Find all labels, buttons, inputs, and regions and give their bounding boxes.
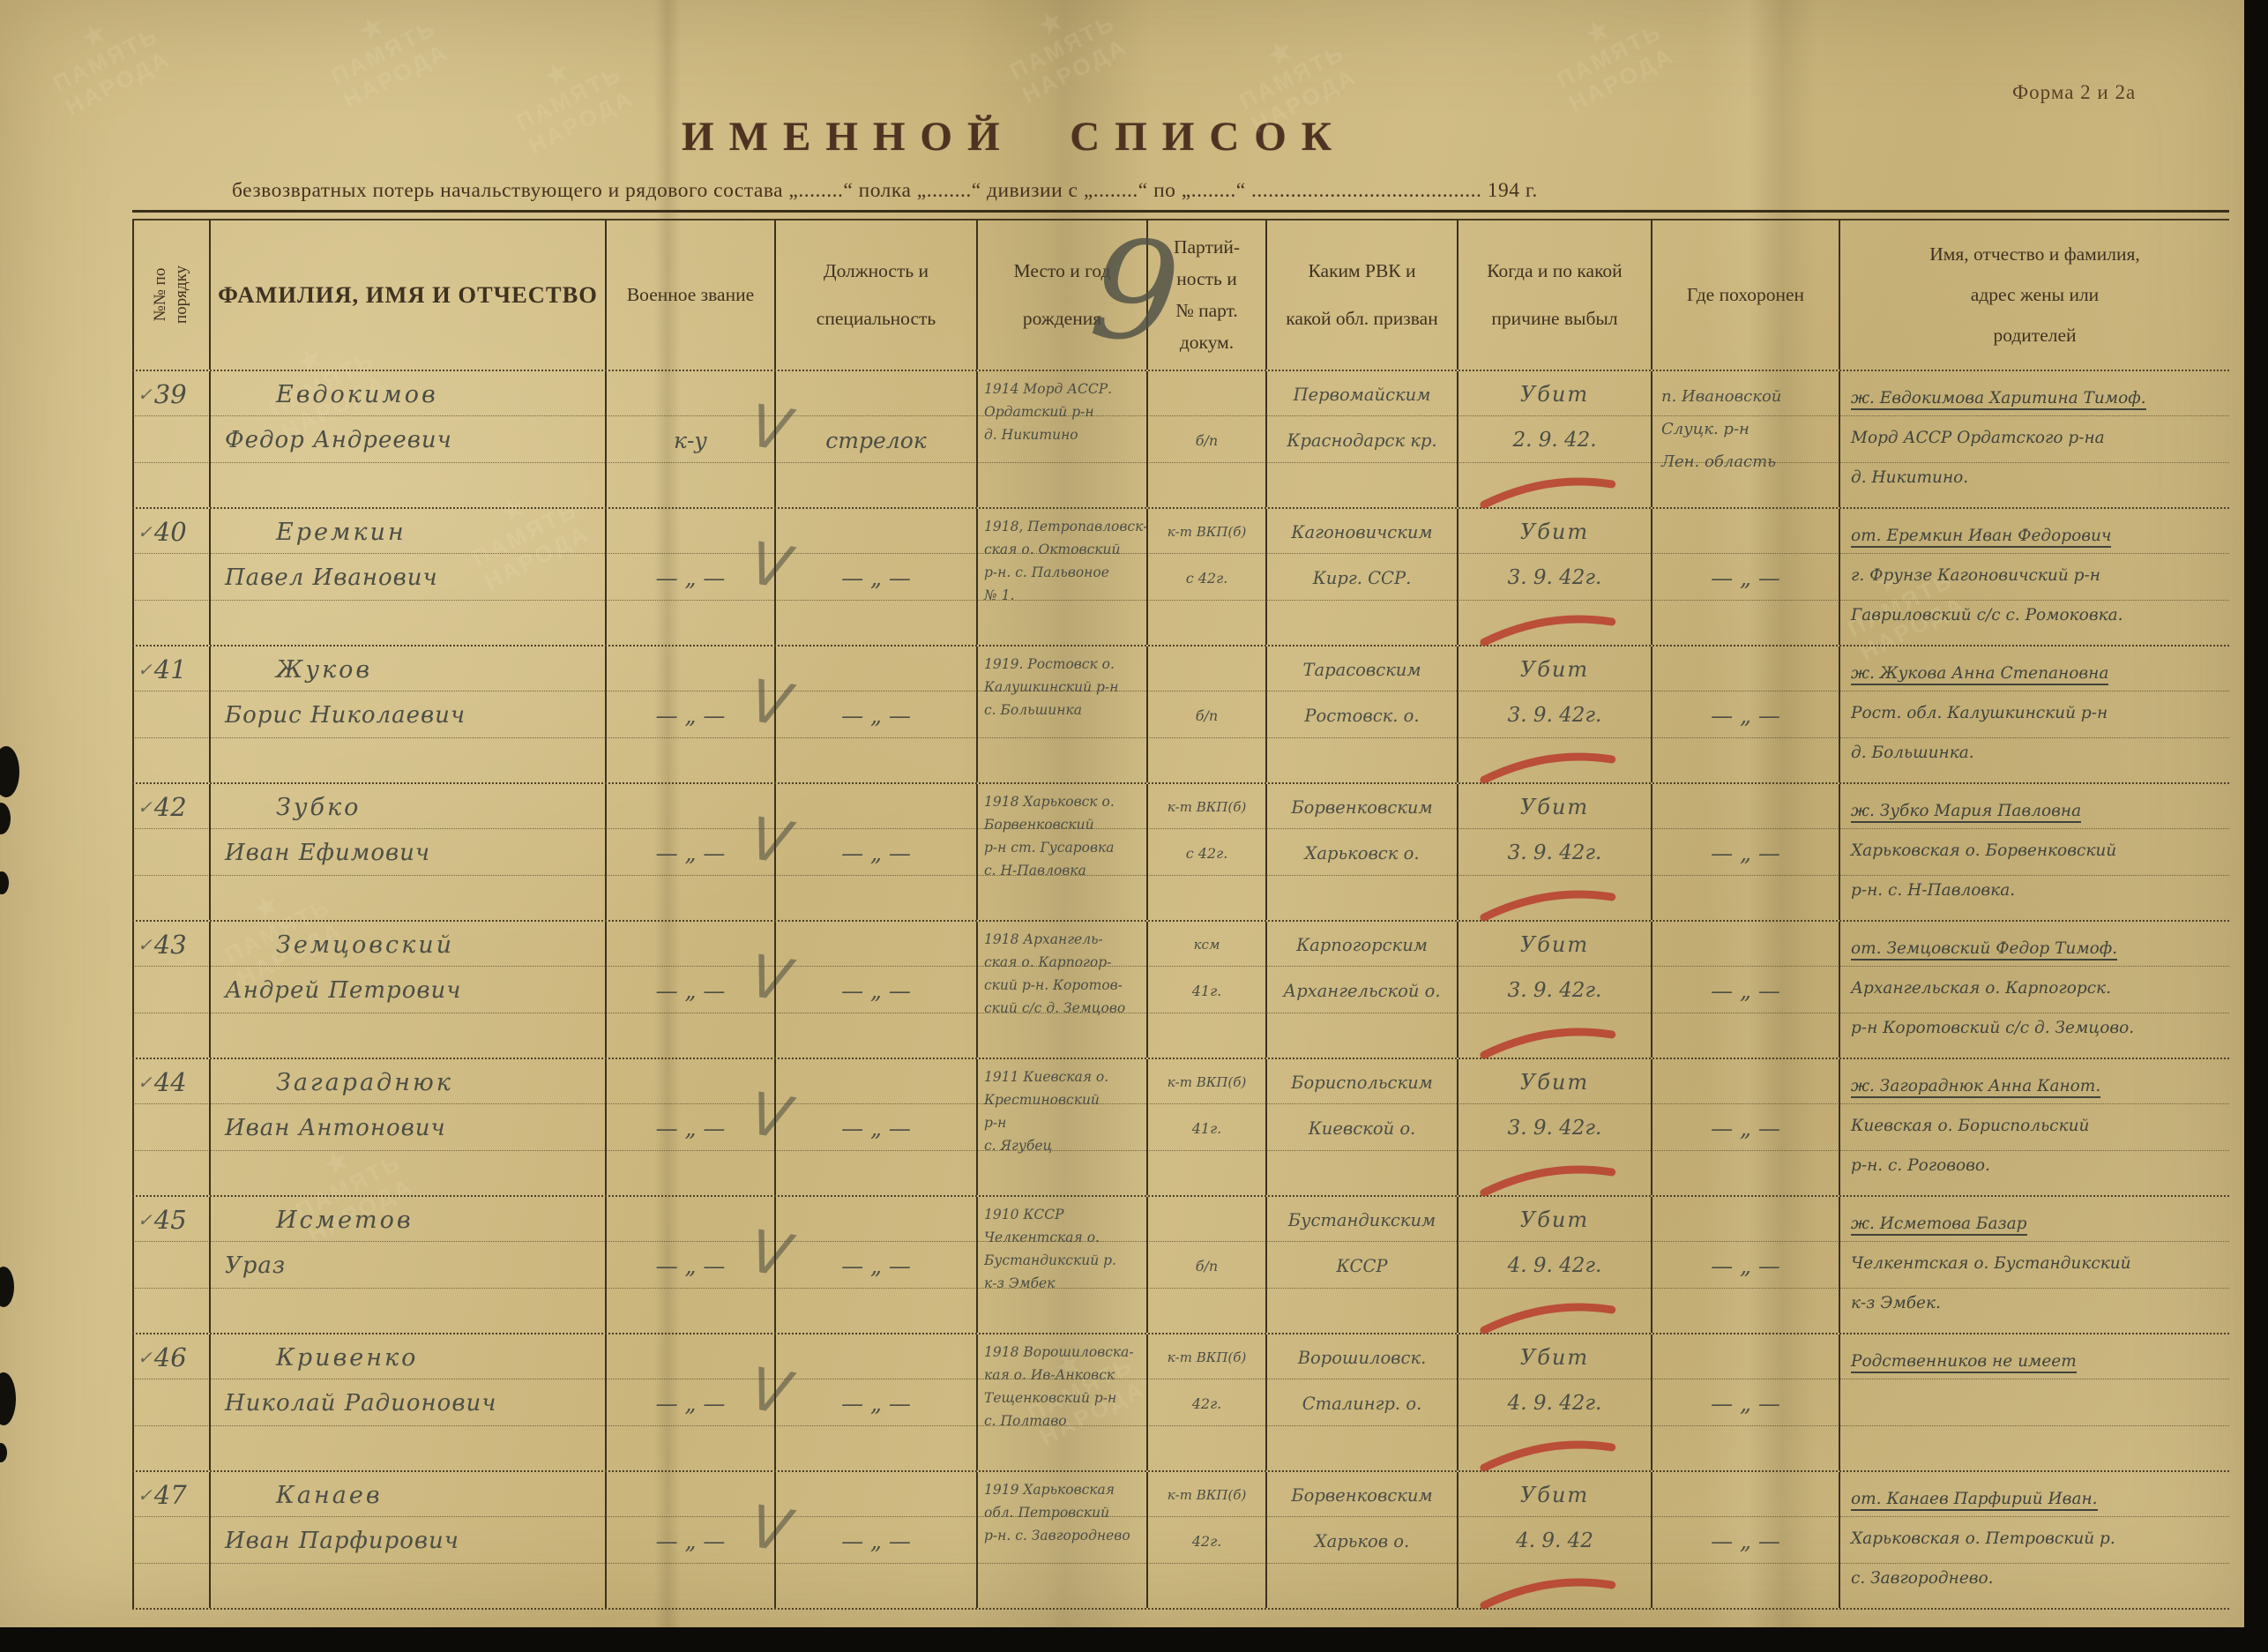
- birth-cell-line: 1918 Архангель-: [978, 928, 1146, 951]
- fate-cell: Убит4. 9. 42: [1457, 1472, 1651, 1608]
- relatives-cell: от. Еремкин Иван Федоровичг. Фрунзе Каго…: [1839, 509, 2229, 645]
- header-line: Имя, отчество и фамилия,: [1929, 234, 2140, 274]
- burial-cell-line: — „ —: [1653, 1105, 1839, 1151]
- fate-cell: Убит3. 9. 42г.: [1457, 647, 1651, 782]
- duty-cell-line: — „ —: [776, 968, 976, 1013]
- rank-cell-line: [607, 1059, 774, 1105]
- table-row: ✓45ИсметовУраз— „ —V— „ —1910 КССРЧелкен…: [132, 1197, 2229, 1334]
- birth-cell-line: р-н: [978, 1111, 1146, 1134]
- rvk-cell-line: Краснодарск кр.: [1267, 417, 1457, 463]
- relatives-line: р-н Коротовский с/с д. Земцово.: [1840, 1008, 2229, 1048]
- fate-cell: Убит4. 9. 42г.: [1457, 1334, 1651, 1470]
- row-number: 47: [154, 1480, 187, 1510]
- fate-cell-line: Убит: [1459, 647, 1651, 692]
- row-number-line: ✓41: [134, 647, 209, 692]
- row-number-cell: ✓46: [132, 1334, 209, 1470]
- table-row: ✓41ЖуковБорис Николаевич— „ —V— „ —1919.…: [132, 647, 2229, 784]
- row-check-icon: ✓: [138, 1072, 153, 1093]
- birth-cell-line: с. Большинка: [978, 699, 1146, 721]
- header-line: Каким РВК и: [1308, 247, 1415, 295]
- duty-cell: — „ —: [774, 1059, 976, 1195]
- relatives-underlined: от. Еремкин Иван Федорович: [1851, 527, 2111, 548]
- rank-cell-line: [607, 647, 774, 692]
- page-number-annotation: 9: [1085, 208, 1185, 375]
- birth-cell-line: с. Полтаво: [978, 1409, 1146, 1432]
- birth-cell-line: Ордатский р-н: [978, 400, 1146, 423]
- rvk-cell: ТарасовскимРостовск. о.: [1265, 647, 1457, 782]
- fate-cell-line: Убит: [1459, 1334, 1651, 1380]
- rvk-cell: Ворошиловск.Сталингр. о.: [1265, 1334, 1457, 1470]
- party-cell-line: 41г.: [1148, 1105, 1265, 1151]
- party-cell-line: [1148, 1197, 1265, 1243]
- burial-cell: — „ —: [1651, 922, 1839, 1058]
- fate-cell-line: Убит: [1459, 1472, 1651, 1518]
- scanner-bed-edge: [2244, 0, 2268, 1652]
- duty-cell-line: — „ —: [776, 555, 976, 601]
- row-check-icon: ✓: [138, 1484, 153, 1506]
- relatives-underlined: ж. Исметова Базар: [1851, 1215, 2027, 1236]
- watermark: ★ПАМЯТЬ НАРОДА: [37, 0, 175, 121]
- torn-edge: [0, 1443, 7, 1462]
- rank-cell-line: [607, 1197, 774, 1243]
- party-cell-line: 41г.: [1148, 968, 1265, 1013]
- relatives-line: ж. Загораднюк Анна Канот.: [1840, 1066, 2229, 1106]
- party-cell: ксм41г.: [1146, 922, 1265, 1058]
- name-cell: ЖуковБорис Николаевич: [209, 647, 605, 782]
- rank-cell-line: [607, 371, 774, 417]
- relatives-underlined: ж. Жукова Анна Степановна: [1851, 664, 2108, 685]
- burial-cell: — „ —: [1651, 1059, 1839, 1195]
- relatives-line: ж. Исметова Базар: [1840, 1204, 2229, 1244]
- surname: Евдокимов: [211, 371, 605, 417]
- relatives-underlined: Родственников не имеет: [1851, 1352, 2077, 1373]
- page-title: ИМЕННОЙ СПИСОК: [0, 113, 2028, 161]
- fate-cell: Убит3. 9. 42г.: [1457, 784, 1651, 920]
- surname: Канаев: [211, 1472, 605, 1518]
- header-cell-7: Каким РВК икакой обл. призван: [1265, 220, 1457, 370]
- watermark: ★ПАМЯТЬ НАРОДА: [994, 0, 1132, 108]
- fate-cell-line: 2. 9. 42.: [1459, 417, 1651, 463]
- party-cell-line: б/п: [1148, 692, 1265, 738]
- relatives-line: от. Канаев Парфирий Иван.: [1840, 1479, 2229, 1519]
- casualty-table: №№ по порядкуФАМИЛИЯ, ИМЯ И ОТЧЕСТВОВоен…: [132, 220, 2229, 1610]
- party-cell-line: б/п: [1148, 417, 1265, 463]
- star-icon: ★: [315, 0, 429, 66]
- duty-cell-line: [776, 509, 976, 555]
- duty-cell-line: [776, 1472, 976, 1518]
- fate-cell-line: 3. 9. 42г.: [1459, 830, 1651, 876]
- row-number-line: ✓47: [134, 1472, 209, 1518]
- rvk-cell: КарпогорскимАрхангельской о.: [1265, 922, 1457, 1058]
- rvk-cell-line: Бустандикским: [1267, 1197, 1457, 1243]
- header-cell-10: Имя, отчество и фамилия,адрес жены илиро…: [1839, 220, 2229, 370]
- table-row: ✓42ЗубкоИван Ефимович— „ —V— „ —1918 Хар…: [132, 784, 2229, 922]
- burial-cell: — „ —: [1651, 1334, 1839, 1470]
- duty-cell: — „ —: [774, 1197, 976, 1333]
- rank-cell: к-уV: [605, 371, 774, 507]
- birth-cell-line: Борвенковский: [978, 813, 1146, 836]
- birth-cell-line: Бустандикский р.: [978, 1249, 1146, 1272]
- header-line: какой обл. призван: [1286, 295, 1437, 342]
- party-cell: к-т ВКП(б)42г.: [1146, 1472, 1265, 1608]
- relatives-line: р-н. с. Роговово.: [1840, 1146, 2229, 1185]
- header-cell-8: Когда и по какойпричине выбыл: [1457, 220, 1651, 370]
- surname: Исметов: [211, 1197, 605, 1243]
- star-icon: ★: [37, 0, 152, 73]
- surname: Земцовский: [211, 922, 605, 968]
- birth-cell-line: обл. Петровский: [978, 1501, 1146, 1524]
- row-number: 40: [154, 517, 187, 547]
- rvk-cell-line: КССР: [1267, 1243, 1457, 1289]
- duty-cell: стрелок: [774, 371, 976, 507]
- row-number-cell: ✓39: [132, 371, 209, 507]
- name-cell: ЗемцовскийАндрей Петрович: [209, 922, 605, 1058]
- fate-cell-line: 3. 9. 42г.: [1459, 555, 1651, 601]
- red-underline-mark: [1477, 609, 1620, 646]
- red-underline-mark: [1477, 1022, 1620, 1058]
- party-cell-line: с 42г.: [1148, 555, 1265, 601]
- row-check-icon: ✓: [138, 384, 153, 405]
- birth-cell-line: 1918, Петропавловск-: [978, 515, 1146, 538]
- birth-cell: 1918, Петропавловск-ская о. Октовскийр-н…: [976, 509, 1146, 645]
- row-number-cell: ✓44: [132, 1059, 209, 1195]
- birth-cell-line: ский с/с д. Земцово: [978, 997, 1146, 1020]
- party-cell-line: [1148, 371, 1265, 417]
- duty-cell-line: стрелок: [776, 417, 976, 463]
- relatives-line: Гавриловский с/с с. Ромоковка.: [1840, 595, 2229, 635]
- birth-cell-line: ский р-н. Коротов-: [978, 974, 1146, 997]
- row-number-line: ✓42: [134, 784, 209, 830]
- party-cell: к-т ВКП(б)42г.: [1146, 1334, 1265, 1470]
- rvk-cell-line: Харьков о.: [1267, 1518, 1457, 1564]
- star-icon: ★: [1541, 0, 1655, 70]
- birth-cell-line: 1918 Ворошиловска-: [978, 1341, 1146, 1364]
- relatives-underlined: ж. Зубко Мария Павловна: [1851, 802, 2081, 823]
- rank-cell: — „ —V: [605, 1197, 774, 1333]
- birth-cell-line: р-н ст. Гусаровка: [978, 836, 1146, 859]
- header-cell-1: №№ по порядку: [132, 220, 209, 370]
- row-number: 39: [154, 379, 187, 409]
- relatives-cell: ж. Евдокимова Харитина Тимоф.Морд АССР О…: [1839, 371, 2229, 507]
- torn-edge: [0, 1267, 14, 1307]
- duty-cell-line: — „ —: [776, 1380, 976, 1426]
- header-cell-3: Военное звание: [605, 220, 774, 370]
- row-number-line: ✓40: [134, 509, 209, 555]
- header-line: докум.: [1180, 326, 1234, 358]
- given-name: Андрей Петрович: [211, 968, 605, 1013]
- burial-cell: п. ИвановскойСлуцк. р-нЛен. область: [1651, 371, 1839, 507]
- relatives-cell: ж. Зубко Мария ПавловнаХарьковская о. Бо…: [1839, 784, 2229, 920]
- row-number: 42: [154, 792, 187, 822]
- surname: Кривенко: [211, 1334, 605, 1380]
- relatives-line: Харьковская о. Петровский р.: [1840, 1519, 2229, 1559]
- name-cell: ЗагараднюкИван Антонович: [209, 1059, 605, 1195]
- row-number: 41: [154, 654, 187, 684]
- torn-edge: [0, 1372, 16, 1425]
- birth-cell-line: Тещенковский р-н: [978, 1387, 1146, 1409]
- duty-cell: — „ —: [774, 509, 976, 645]
- surname: Зубко: [211, 784, 605, 830]
- fate-cell-line: Убит: [1459, 1197, 1651, 1243]
- row-number-cell: ✓41: [132, 647, 209, 782]
- surname: Жуков: [211, 647, 605, 692]
- burial-cell-line: Лен. область: [1653, 445, 1839, 478]
- red-underline-mark: [1477, 1435, 1620, 1471]
- header-line: специальность: [817, 295, 936, 342]
- row-check-icon: ✓: [138, 521, 153, 542]
- birth-cell-line: 1919. Ростовск о.: [978, 653, 1146, 676]
- rank-cell-line: [607, 1334, 774, 1380]
- burial-cell: — „ —: [1651, 1197, 1839, 1333]
- birth-cell: 1918 Харьковск о.Борвенковскийр-н ст. Гу…: [976, 784, 1146, 920]
- watermark: ★ПАМЯТЬ НАРОДА: [1541, 0, 1679, 117]
- row-number-line: ✓45: [134, 1197, 209, 1243]
- name-cell: ЕремкинПавел Иванович: [209, 509, 605, 645]
- rvk-cell-line: Тарасовским: [1267, 647, 1457, 692]
- burial-cell-line: [1653, 647, 1839, 692]
- name-cell: КанаевИван Парфирович: [209, 1472, 605, 1608]
- duty-cell-line: [776, 371, 976, 417]
- rvk-cell-line: Архангельской о.: [1267, 968, 1457, 1013]
- rvk-cell-line: Сталингр. о.: [1267, 1380, 1457, 1426]
- burial-cell-line: [1653, 1059, 1839, 1105]
- party-cell-line: ксм: [1148, 922, 1265, 968]
- duty-cell: — „ —: [774, 784, 976, 920]
- party-cell: б/п: [1146, 371, 1265, 507]
- header-line: Где похоронен: [1687, 271, 1804, 318]
- birth-cell: 1918 Архангель-ская о. Карпогор-ский р-н…: [976, 922, 1146, 1058]
- birth-cell: 1919 Харьковскаяобл. Петровскийр-н. с. З…: [976, 1472, 1146, 1608]
- burial-cell-line: — „ —: [1653, 968, 1839, 1013]
- burial-cell-line: — „ —: [1653, 1518, 1839, 1564]
- surname: Загараднюк: [211, 1059, 605, 1105]
- header-line: Должность и: [824, 247, 929, 295]
- relatives-line: р-н. с. Н-Павловка.: [1840, 871, 2229, 910]
- name-cell: ЕвдокимовФедор Андреевич: [209, 371, 605, 507]
- birth-cell-line: р-н. с. Пальвоное: [978, 561, 1146, 584]
- birth-cell-line: р-н. с. Завгороднево: [978, 1524, 1146, 1547]
- duty-cell-line: — „ —: [776, 830, 976, 876]
- birth-cell-line: Крестиновский: [978, 1088, 1146, 1111]
- burial-cell-line: п. Ивановской: [1653, 380, 1839, 413]
- rank-cell-line: [607, 509, 774, 555]
- header-line: родителей: [1993, 315, 2076, 355]
- birth-cell-line: к-з Эмбек: [978, 1272, 1146, 1295]
- rank-cell: — „ —V: [605, 1472, 774, 1608]
- header-cell-1-label: №№ по порядку: [150, 265, 192, 324]
- burial-cell-line: Слуцк. р-н: [1653, 413, 1839, 445]
- relatives-line: Рост. обл. Калушкинский р-н: [1840, 693, 2229, 733]
- torn-edge: [0, 746, 19, 797]
- given-name: Ураз: [211, 1243, 605, 1289]
- party-cell: к-т ВКП(б)с 42г.: [1146, 784, 1265, 920]
- given-name: Павел Иванович: [211, 555, 605, 601]
- rvk-cell-line: Бориспольским: [1267, 1059, 1457, 1105]
- burial-cell-line: — „ —: [1653, 830, 1839, 876]
- rvk-cell-line: Кагоновичским: [1267, 509, 1457, 555]
- name-cell: КривенкоНиколай Радионович: [209, 1334, 605, 1470]
- rank-cell: — „ —V: [605, 784, 774, 920]
- given-name: Федор Андреевич: [211, 417, 605, 463]
- duty-cell-line: — „ —: [776, 1243, 976, 1289]
- rvk-cell-line: Харьковск о.: [1267, 830, 1457, 876]
- star-icon: ★: [994, 0, 1108, 61]
- birth-cell-line: 1919 Харьковская: [978, 1478, 1146, 1501]
- row-number-cell: ✓40: [132, 509, 209, 645]
- burial-cell-line: — „ —: [1653, 555, 1839, 601]
- relatives-line: д. Никитино.: [1840, 458, 2229, 497]
- party-cell-line: с 42г.: [1148, 830, 1265, 876]
- header-line: № парт.: [1175, 295, 1238, 326]
- rvk-cell-line: Ростовск. о.: [1267, 692, 1457, 738]
- watermark-text: ПАМЯТЬ НАРОДА: [1552, 18, 1678, 117]
- rank-cell-line: [607, 1472, 774, 1518]
- row-number-cell: ✓43: [132, 922, 209, 1058]
- party-cell-line: к-т ВКП(б): [1148, 1059, 1265, 1105]
- fate-cell-line: 3. 9. 42г.: [1459, 1105, 1651, 1151]
- burial-cell-line: — „ —: [1653, 1243, 1839, 1289]
- row-check-icon: ✓: [138, 796, 153, 818]
- header-line: Военное звание: [627, 271, 754, 318]
- page-subtitle: безвозвратных потерь начальствующего и р…: [232, 179, 2101, 203]
- party-cell-line: б/п: [1148, 1243, 1265, 1289]
- relatives-underlined: от. Канаев Парфирий Иван.: [1851, 1490, 2098, 1511]
- duty-cell-line: — „ —: [776, 692, 976, 738]
- table-row: ✓40ЕремкинПавел Иванович— „ —V— „ —1918,…: [132, 509, 2229, 647]
- burial-cell-line: [1653, 509, 1839, 555]
- row-number: 45: [154, 1205, 187, 1235]
- scanned-page: Форма 2 и 2а ИМЕННОЙ СПИСОК безвозвратны…: [0, 0, 2244, 1627]
- given-name: Иван Антонович: [211, 1105, 605, 1151]
- birth-cell-line: ская о. Карпогор-: [978, 951, 1146, 974]
- duty-cell: — „ —: [774, 922, 976, 1058]
- torn-edge: [0, 803, 11, 834]
- row-number: 46: [154, 1342, 187, 1372]
- burial-cell-line: [1653, 1334, 1839, 1380]
- given-name: Николай Радионович: [211, 1380, 605, 1426]
- party-cell-line: 42г.: [1148, 1518, 1265, 1564]
- relatives-line: Архангельская о. Карпогорск.: [1840, 968, 2229, 1008]
- given-name: Борис Николаевич: [211, 692, 605, 738]
- relatives-underlined: ж. Загораднюк Анна Канот.: [1851, 1077, 2100, 1098]
- relatives-line: д. Большинка.: [1840, 733, 2229, 773]
- row-check-icon: ✓: [138, 659, 153, 680]
- duty-cell: — „ —: [774, 647, 976, 782]
- rvk-cell-line: Ворошиловск.: [1267, 1334, 1457, 1380]
- duty-cell: — „ —: [774, 1472, 976, 1608]
- duty-cell-line: [776, 1059, 976, 1105]
- relatives-line: Челкентская о. Бустандикский: [1840, 1244, 2229, 1283]
- fate-cell-line: 3. 9. 42г.: [1459, 968, 1651, 1013]
- rvk-cell: БорвенковскимХарьков о.: [1265, 1472, 1457, 1608]
- rvk-cell: ПервомайскимКраснодарск кр.: [1265, 371, 1457, 507]
- birth-cell-line: с. Н-Павловка: [978, 859, 1146, 882]
- birth-cell-line: д. Никитино: [978, 423, 1146, 446]
- header-cell-9: Где похоронен: [1651, 220, 1839, 370]
- party-cell: б/п: [1146, 647, 1265, 782]
- header-cell-2: ФАМИЛИЯ, ИМЯ И ОТЧЕСТВО: [209, 220, 605, 370]
- row-number: 43: [154, 930, 187, 960]
- relatives-line: Киевская о. Бориспольский: [1840, 1106, 2229, 1146]
- watermark: ★ПАМЯТЬ НАРОДА: [315, 0, 453, 114]
- relatives-cell: от. Канаев Парфирий Иван.Харьковская о. …: [1839, 1472, 2229, 1608]
- rank-cell: — „ —V: [605, 1334, 774, 1470]
- birth-cell-line: 1914 Морд АССР.: [978, 377, 1146, 400]
- burial-cell-line: — „ —: [1653, 1380, 1839, 1426]
- given-name: Иван Ефимович: [211, 830, 605, 876]
- header-line: адрес жены или: [1971, 274, 2099, 315]
- duty-cell-line: — „ —: [776, 1105, 976, 1151]
- burial-cell: — „ —: [1651, 1472, 1839, 1608]
- star-icon: ★: [500, 36, 615, 112]
- rvk-cell-line: Кирг. ССР.: [1267, 555, 1457, 601]
- rank-cell: — „ —V: [605, 509, 774, 645]
- red-underline-mark: [1477, 747, 1620, 783]
- rvk-cell: КагоновичскимКирг. ССР.: [1265, 509, 1457, 645]
- party-cell: к-т ВКП(б)с 42г.: [1146, 509, 1265, 645]
- table-rows: ✓39ЕвдокимовФедор Андреевичк-уVстрелок19…: [132, 371, 2229, 1610]
- birth-cell: 1914 Морд АССР.Ордатский р-нд. Никитино: [976, 371, 1146, 507]
- birth-cell-line: кая о. Ив-Анковск: [978, 1364, 1146, 1387]
- table-row: ✓43ЗемцовскийАндрей Петрович— „ —V— „ —1…: [132, 922, 2229, 1059]
- fate-cell-line: 4. 9. 42: [1459, 1518, 1651, 1564]
- burial-cell-line: [1653, 922, 1839, 968]
- relatives-line: к-з Эмбек.: [1840, 1283, 2229, 1323]
- burial-cell-line: [1653, 1472, 1839, 1518]
- fate-cell: Убит3. 9. 42г.: [1457, 1059, 1651, 1195]
- relatives-line: Родственников не имеет: [1840, 1342, 2229, 1381]
- fate-cell-line: Убит: [1459, 784, 1651, 830]
- party-cell: б/п: [1146, 1197, 1265, 1333]
- header-line: ФАМИЛИЯ, ИМЯ И ОТЧЕСТВО: [218, 271, 598, 318]
- row-check-icon: ✓: [138, 1347, 153, 1368]
- relatives-line: Морд АССР Ордатского р-на: [1840, 418, 2229, 458]
- rank-cell-line: [607, 922, 774, 968]
- rank-cell: — „ —V: [605, 1059, 774, 1195]
- duty-cell-line: [776, 1334, 976, 1380]
- rvk-cell-line: Борвенковским: [1267, 1472, 1457, 1518]
- birth-cell-line: с. Ягубец: [978, 1134, 1146, 1157]
- given-name: Иван Парфирович: [211, 1518, 605, 1564]
- duty-cell-line: [776, 784, 976, 830]
- burial-cell-line: [1653, 1197, 1839, 1243]
- duty-cell-line: [776, 1197, 976, 1243]
- fate-cell-line: 3. 9. 42г.: [1459, 692, 1651, 738]
- party-cell-line: к-т ВКП(б): [1148, 1472, 1265, 1518]
- relatives-line: г. Фрунзе Кагоновичский р-н: [1840, 556, 2229, 595]
- table-row: ✓46КривенкоНиколай Радионович— „ —V— „ —…: [132, 1334, 2229, 1472]
- red-underline-mark: [1477, 1573, 1620, 1609]
- name-cell: ЗубкоИван Ефимович: [209, 784, 605, 920]
- burial-cell: — „ —: [1651, 784, 1839, 920]
- table-row: ✓47КанаевИван Парфирович— „ —V— „ —1919 …: [132, 1472, 2229, 1610]
- rvk-cell-line: Первомайским: [1267, 371, 1457, 417]
- fate-cell-line: 4. 9. 42г.: [1459, 1380, 1651, 1426]
- table-row: ✓39ЕвдокимовФедор Андреевичк-уVстрелок19…: [132, 371, 2229, 509]
- red-underline-mark: [1477, 1297, 1620, 1334]
- relatives-cell: ж. Загораднюк Анна Канот.Киевская о. Бор…: [1839, 1059, 2229, 1195]
- surname: Еремкин: [211, 509, 605, 555]
- rank-cell: — „ —V: [605, 922, 774, 1058]
- rvk-cell: БориспольскимКиевской о.: [1265, 1059, 1457, 1195]
- birth-cell: 1910 КССРЧелкентская о.Бустандикский р.к…: [976, 1197, 1146, 1333]
- row-number: 44: [154, 1067, 187, 1097]
- watermark-text: ПАМЯТЬ НАРОДА: [1005, 9, 1131, 108]
- duty-cell-line: [776, 922, 976, 968]
- relatives-cell: ж. Исметова БазарЧелкентская о. Бустанди…: [1839, 1197, 2229, 1333]
- burial-cell-line: [1653, 784, 1839, 830]
- relatives-line: ж. Евдокимова Харитина Тимоф.: [1840, 378, 2229, 418]
